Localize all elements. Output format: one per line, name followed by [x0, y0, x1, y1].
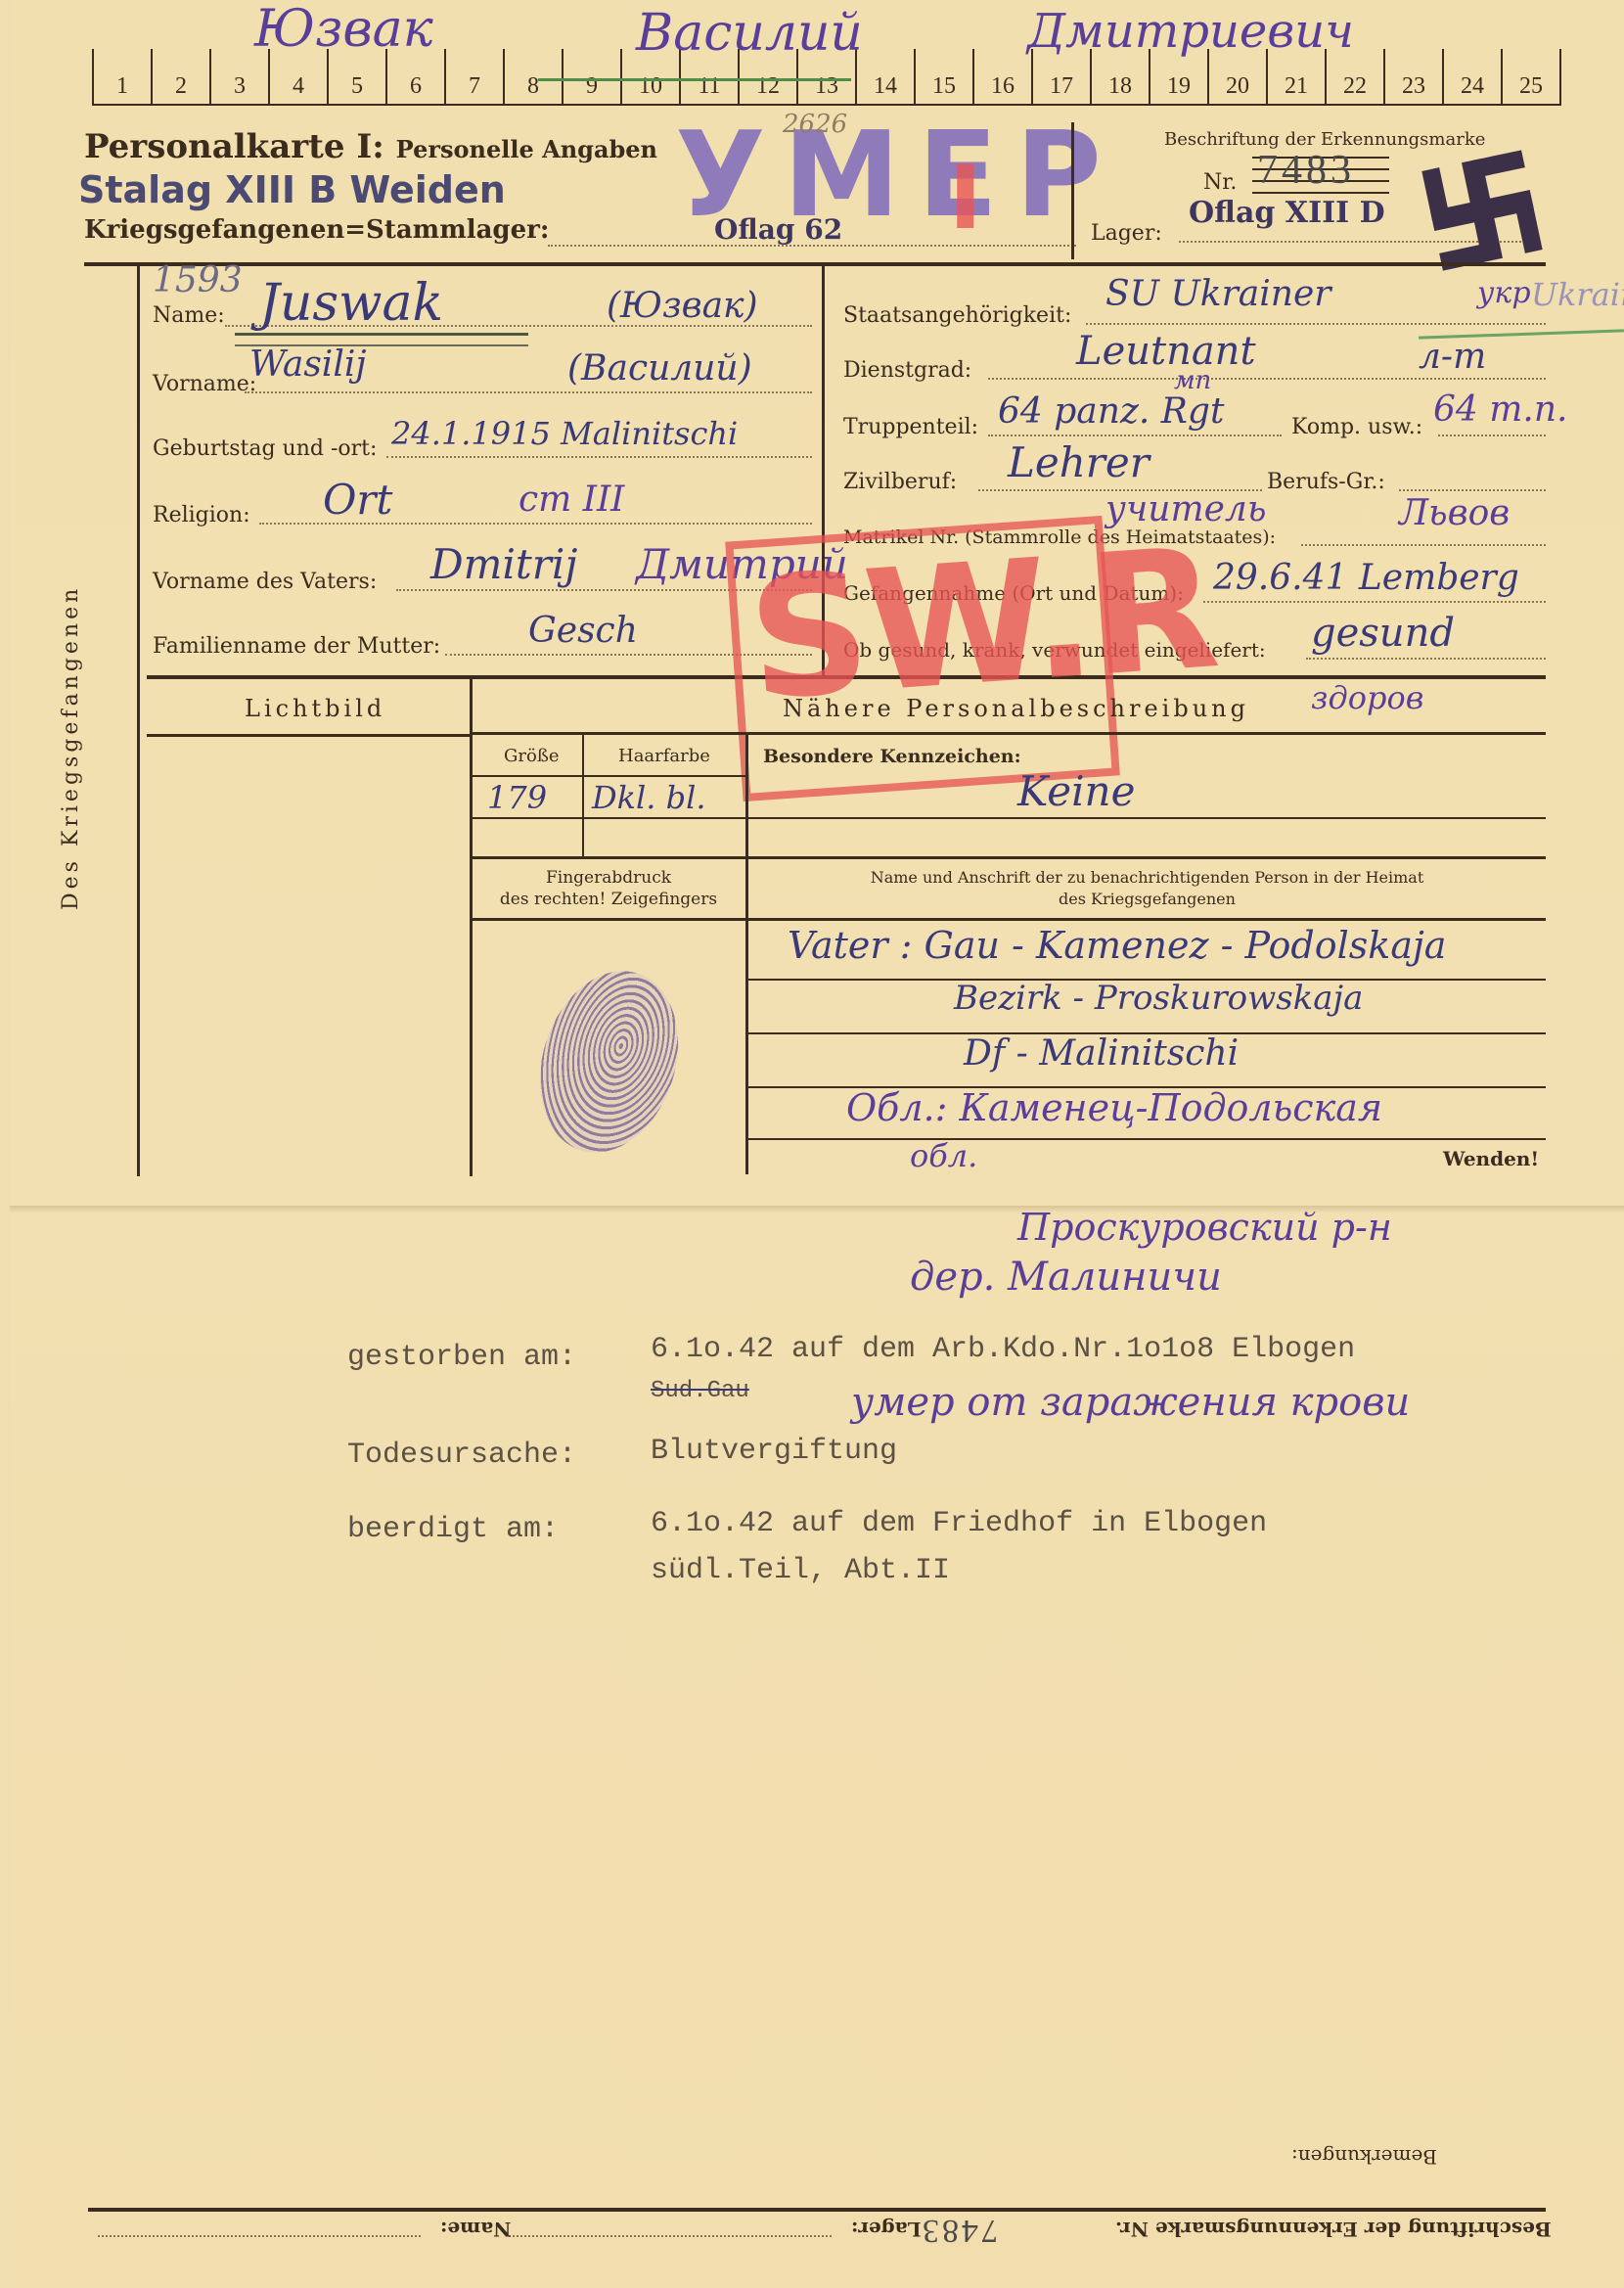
vorname-cyrillic: (Василий): [567, 348, 752, 389]
finger-label: Fingerabdruck des rechten! Zeigefingers: [472, 867, 745, 910]
handwritten-surname-top: Юзвак: [254, 0, 433, 59]
gestorben-value2: Sud.Gau: [651, 1378, 749, 1404]
side-label: Des Kriegsgefangenen: [59, 585, 83, 910]
beerdigt-value2: südl.Teil, Abt.II: [651, 1554, 950, 1587]
contact-line-4: Обл.: Каменец-Подольская: [846, 1086, 1382, 1129]
strip-cell: 23: [1385, 49, 1444, 104]
staat-label: Staatsangehörigkeit:: [843, 303, 1071, 328]
strip-cell: 8: [505, 49, 564, 104]
truppenteil-value: 64 panz. Rgt: [998, 391, 1224, 432]
strip-cell: 9: [564, 49, 622, 104]
contact-line-5: обл.: [910, 1137, 977, 1174]
footer-name-label: Name:: [440, 2218, 512, 2241]
dienstgrad-value: Leutnant: [1076, 329, 1256, 374]
footer-lager-label: Lager:: [851, 2218, 922, 2241]
bemerkungen-label: Bemerkungen:: [1291, 2145, 1437, 2169]
card-title: Personalkarte I: Personelle Angaben: [84, 127, 657, 166]
strip-cell: 25: [1503, 49, 1561, 104]
finger-label-1: Fingerabdruck: [472, 867, 745, 889]
zivil-value: Lehrer: [1008, 438, 1150, 486]
mutter-label: Familienname der Mutter:: [153, 634, 440, 659]
vater-label: Vorname des Vaters:: [153, 570, 377, 594]
umer-stamp: УМЕР: [675, 108, 1119, 244]
contact-label: Name und Anschrift der zu benachrichtige…: [748, 867, 1546, 910]
nr-value: 7483: [1257, 147, 1355, 194]
camp-stamp: Stalag XIII B Weiden: [78, 168, 506, 211]
name-label: Name:: [153, 303, 225, 328]
contact-line-1: Vater : Gau - Kamenez - Podolskaja: [788, 924, 1446, 967]
subtitle-text: Personelle Angaben: [396, 135, 657, 163]
lower-hand-line-2: дер. Малиничи: [910, 1255, 1222, 1300]
card-number: 1593: [153, 260, 243, 300]
name-cyrillic: (Юзвак): [607, 286, 758, 326]
geburt-value: 24.1.1915 Malinitschi: [391, 415, 738, 452]
truppenteil-note: мп: [1174, 366, 1211, 395]
small-number: 2626: [783, 110, 847, 139]
dienstgrad-note: л-т: [1419, 337, 1486, 377]
wenden-label: Wenden!: [1443, 1147, 1539, 1170]
groesse-label: Größe: [504, 746, 560, 766]
title-text: Personalkarte I:: [84, 127, 384, 166]
zivil-label: Zivilberuf:: [843, 470, 957, 494]
footer-marke-value: 7483: [920, 2212, 998, 2249]
pow-personnel-card: 1234567891011121314151617181920212223242…: [10, 0, 1624, 2288]
geburt-label: Geburtstag und -ort:: [153, 436, 377, 461]
fingerprint: [518, 953, 700, 1170]
gesund-value: gesund: [1311, 611, 1455, 656]
roman-stamp: I: [949, 147, 982, 250]
strip-cell: 14: [857, 49, 916, 104]
gesund-note: здоров: [1311, 679, 1423, 716]
staat-value: SU Ukrainer: [1105, 274, 1331, 314]
contact-line-2: Bezirk - Proskurowskaja: [954, 979, 1363, 1018]
truppenteil-label: Truppenteil:: [843, 415, 978, 439]
mutter-value: Gesch: [528, 611, 638, 651]
berufs-label: Berufs-Gr.:: [1267, 470, 1385, 494]
strip-cell: 2: [153, 49, 211, 104]
handwritten-firstname-top: Василий: [636, 4, 863, 63]
religion-value: Ort: [323, 476, 392, 524]
haarfarbe-value: Dkl. bl.: [592, 779, 706, 816]
gestorben-note: умер от заражения крови: [851, 1380, 1410, 1425]
vorname-value: Wasilij: [249, 344, 367, 385]
strip-cell: 16: [974, 49, 1033, 104]
komp-label: Komp. usw.:: [1291, 415, 1422, 439]
lower-hand-line-1: Проскуровский р-н: [1017, 1206, 1392, 1249]
groesse-value: 179: [487, 779, 547, 816]
nr-label: Nr.: [1203, 170, 1237, 195]
staat-note2: Ukraine: [1531, 276, 1624, 313]
contact-label-2: des Kriegsgefangenen: [748, 889, 1546, 910]
vater-value: Dmitrij: [430, 540, 577, 588]
strip-cell: 1: [94, 49, 153, 104]
handwritten-patronymic-top: Дмитриевич: [1027, 4, 1354, 59]
strip-cell: 24: [1444, 49, 1503, 104]
dienstgrad-label: Dienstgrad:: [843, 358, 971, 383]
todesursache-label: Todesursache:: [347, 1439, 576, 1472]
lager-value: Oflag XIII D: [1189, 196, 1385, 230]
stammlager-label: Kriegsgefangenen=Stammlager:: [84, 215, 549, 245]
footer-marke-label: Beschriftung der Erkennungsmarke Nr.: [1115, 2218, 1552, 2241]
kennzeichen-value: Keine: [1017, 767, 1135, 815]
contact-line-3: Df - Malinitschi: [964, 1033, 1239, 1074]
contact-label-1: Name und Anschrift der zu benachrichtige…: [748, 867, 1546, 889]
staat-note: укр: [1477, 276, 1531, 310]
strip-cell: 7: [446, 49, 505, 104]
name-value: Juswak: [259, 274, 443, 333]
finger-label-2: des rechten! Zeigefingers: [472, 889, 745, 910]
green-strikethrough: [538, 78, 851, 81]
haarfarbe-label: Haarfarbe: [618, 746, 710, 766]
todesursache-value: Blutvergiftung: [651, 1435, 897, 1468]
beerdigt-value: 6.1o.42 auf dem Friedhof in Elbogen: [651, 1507, 1267, 1540]
religion-note: ст III: [519, 480, 624, 520]
strip-cell: 15: [916, 49, 974, 104]
beerdigt-label: beerdigt am:: [347, 1513, 559, 1546]
lichtbild-label: Lichtbild: [245, 695, 385, 722]
religion-label: Religion:: [153, 503, 250, 527]
gestorben-label: gestorben am:: [347, 1341, 576, 1374]
gefangen-value: 29.6.41 Lemberg: [1213, 558, 1519, 598]
komp-value: 64 т.п.: [1433, 389, 1567, 430]
kennzeichen-label: Besondere Kennzeichen:: [763, 746, 1021, 767]
lager-label: Lager:: [1091, 221, 1162, 246]
naehere-label: Nähere Personalbeschreibung: [783, 695, 1249, 722]
gestorben-value: 6.1o.42 auf dem Arb.Kdo.Nr.1o1o8 Elbogen: [651, 1333, 1355, 1366]
matrikel-note: Львов: [1399, 493, 1510, 533]
vorname-label: Vorname:: [153, 372, 256, 396]
